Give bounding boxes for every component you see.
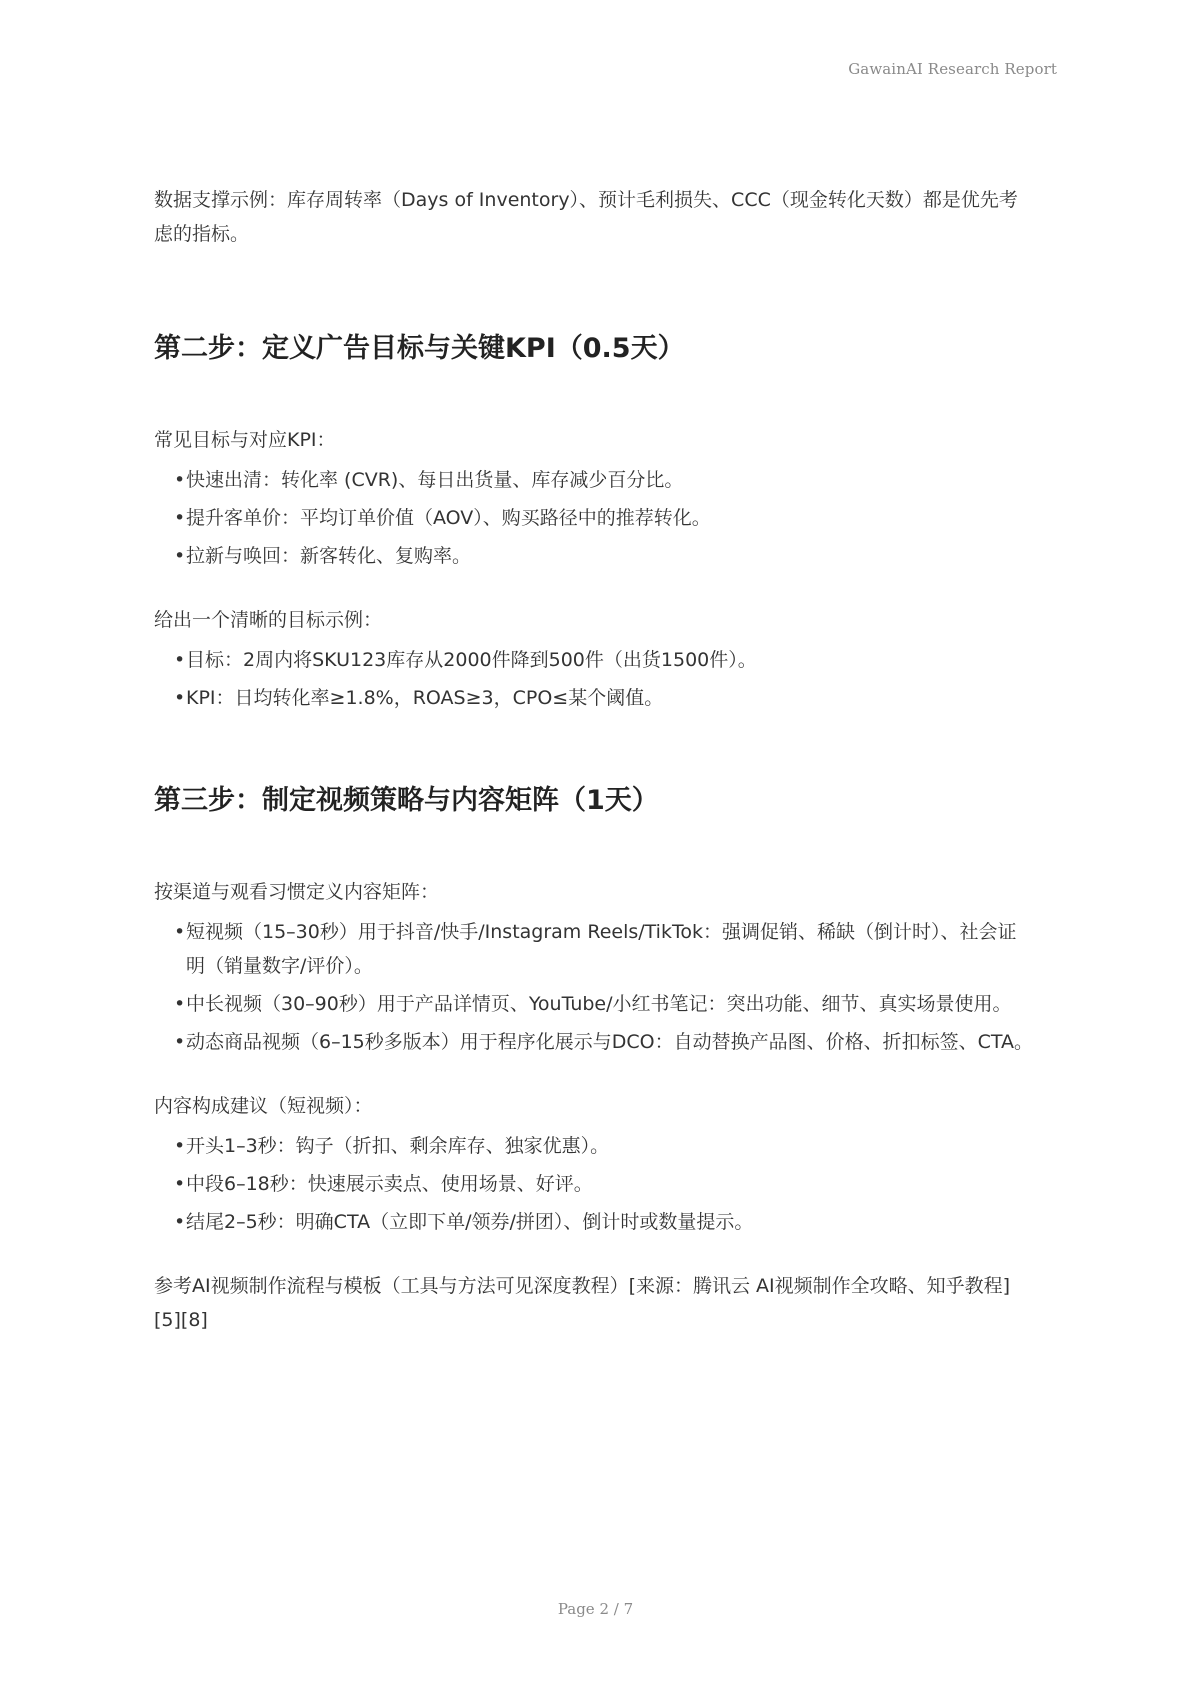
examples-list: •目标：2周内将SKU123库存从2000件降到500件（出货1500件）。 •… <box>154 643 1034 715</box>
list-item: •短视频（15–30秒）用于抖音/快手/Instagram Reels/TikT… <box>174 915 1034 983</box>
list-item: •结尾2–5秒：明确CTA（立即下单/领券/拼团）、倒计时或数量提示。 <box>174 1205 1034 1239</box>
list-item: •拉新与唤回：新客转化、复购率。 <box>174 539 1034 573</box>
list-item: •目标：2周内将SKU123库存从2000件降到500件（出货1500件）。 <box>174 643 1034 677</box>
bullet-icon: • <box>174 1167 185 1201</box>
matrix-label: 按渠道与观看习惯定义内容矩阵： <box>154 875 1034 909</box>
reference-paragraph: 参考AI视频制作流程与模板（工具与方法可见深度教程）[来源：腾讯云 AI视频制作… <box>154 1269 1034 1337</box>
list-item: •提升客单价：平均订单价值（AOV）、购买路径中的推荐转化。 <box>174 501 1034 535</box>
list-item: •KPI：日均转化率≥1.8%，ROAS≥3，CPO≤某个阈值。 <box>174 681 1034 715</box>
composition-label: 内容构成建议（短视频）： <box>154 1089 1034 1123</box>
bullet-icon: • <box>174 1205 185 1239</box>
list-item: •动态商品视频（6–15秒多版本）用于程序化展示与DCO：自动替换产品图、价格、… <box>174 1025 1034 1059</box>
goals-list: •快速出清：转化率 (CVR)、每日出货量、库存减少百分比。 •提升客单价：平均… <box>154 463 1034 573</box>
bullet-icon: • <box>174 501 185 535</box>
example-label: 给出一个清晰的目标示例： <box>154 603 1034 637</box>
bullet-icon: • <box>174 915 185 949</box>
report-header-title: GawainAI Research Report <box>848 60 1057 78</box>
list-item: •快速出清：转化率 (CVR)、每日出货量、库存减少百分比。 <box>174 463 1034 497</box>
bullet-icon: • <box>174 1025 185 1059</box>
composition-list: •开头1–3秒：钩子（折扣、剩余库存、独家优惠）。 •中段6–18秒：快速展示卖… <box>154 1129 1034 1239</box>
list-item: •中长视频（30–90秒）用于产品详情页、YouTube/小红书笔记：突出功能、… <box>174 987 1034 1021</box>
list-item: •中段6–18秒：快速展示卖点、使用场景、好评。 <box>174 1167 1034 1201</box>
bullet-icon: • <box>174 987 185 1021</box>
bullet-icon: • <box>174 643 185 677</box>
bullet-icon: • <box>174 463 185 497</box>
page-number: Page 2 / 7 <box>0 1600 1191 1618</box>
bullet-icon: • <box>174 539 185 573</box>
document-body: 数据支撑示例：库存周转率（Days of Inventory）、预计毛利损失、C… <box>154 183 1034 1337</box>
goals-label: 常见目标与对应KPI： <box>154 423 1034 457</box>
section-heading-step3: 第三步：制定视频策略与内容矩阵（1天） <box>154 781 1034 821</box>
bullet-icon: • <box>174 681 185 715</box>
bullet-icon: • <box>174 1129 185 1163</box>
matrix-list: •短视频（15–30秒）用于抖音/快手/Instagram Reels/TikT… <box>154 915 1034 1059</box>
intro-paragraph: 数据支撑示例：库存周转率（Days of Inventory）、预计毛利损失、C… <box>154 183 1034 251</box>
list-item: •开头1–3秒：钩子（折扣、剩余库存、独家优惠）。 <box>174 1129 1034 1163</box>
section-heading-step2: 第二步：定义广告目标与关键KPI（0.5天） <box>154 329 1034 369</box>
